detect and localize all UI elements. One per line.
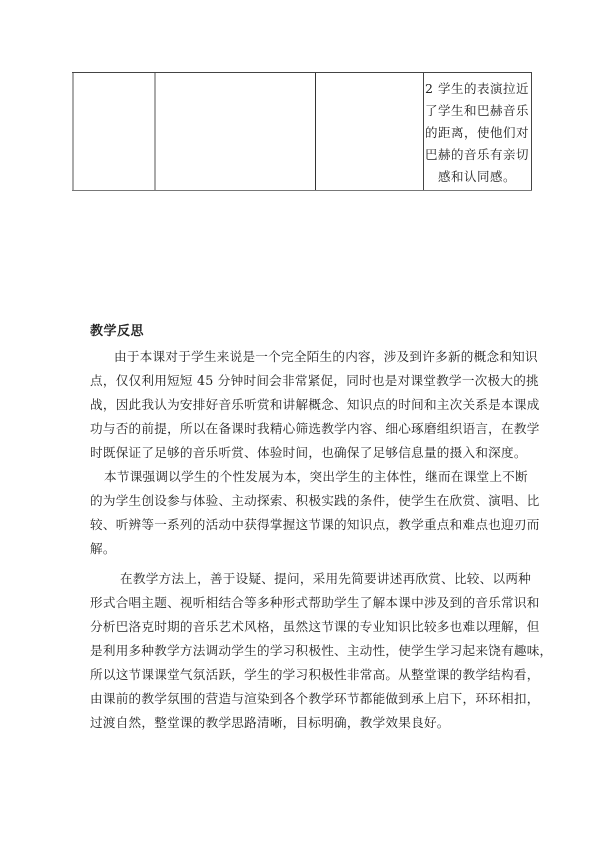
text-line: 战，因此我认为安排好音乐听赏和讲解概念、知识点的时间和主次关系是本课成: [90, 393, 514, 417]
text-line: 在教学方法上，善于设疑、提问，采用先简要讲述再欣赏、比较、以两种: [90, 567, 514, 591]
table-cell-1: [72, 73, 156, 190]
text-line: 形式合唱主题、视听相结合等多种形式帮助学生了解本课中涉及到的音乐常识和: [90, 591, 514, 615]
table-cell-2: [152, 73, 316, 190]
paragraph-1: 由于本课对于学生来说是一个完全陌生的内容，涉及到许多新的概念和知识 点，仅仅利用…: [90, 345, 514, 465]
table-cell-text: 2 学生的表演拉近 了学生和巴赫音乐 的距离，使他们对 巴赫的音乐有亲切 感和认…: [423, 78, 531, 188]
text-line: 由课前的教学氛围的营造与渲染到各个教学环节都能做到承上启下，环环相扣，: [90, 687, 514, 711]
cell-line: 巴赫的音乐有亲切: [423, 144, 531, 166]
text-line: 的为学生创设参与体验、主动探索、积极实践的条件，使学生在欣赏、演唱、比: [90, 489, 514, 513]
paragraph-3: 在教学方法上，善于设疑、提问，采用先简要讲述再欣赏、比较、以两种 形式合唱主题、…: [90, 567, 514, 735]
cell-line: 2 学生的表演拉近: [423, 78, 531, 100]
text-line: 点，仅仅利用短短 45 分钟时间会非常紧促，同时也是对课堂教学一次极大的挑: [90, 369, 514, 393]
reflection-body: 由于本课对于学生来说是一个完全陌生的内容，涉及到许多新的概念和知识 点，仅仅利用…: [90, 345, 514, 735]
cell-line: 了学生和巴赫音乐: [423, 100, 531, 122]
lesson-table: 2 学生的表演拉近 了学生和巴赫音乐 的距离，使他们对 巴赫的音乐有亲切 感和认…: [72, 72, 532, 191]
document-page: 2 学生的表演拉近 了学生和巴赫音乐 的距离，使他们对 巴赫的音乐有亲切 感和认…: [0, 0, 595, 842]
text-line: 本节课强调以学生的个性发展为本，突出学生的主体性，继而在课堂上不断: [90, 465, 514, 489]
text-line: 过渡自然，整堂课的教学思路清晰，目标明确，教学效果良好。: [90, 711, 514, 735]
table-cell-3: [315, 73, 424, 190]
text-line: 是利用多种教学方法调动学生的学习积极性、主动性，使学生学习起来饶有趣味，: [90, 639, 514, 663]
text-line: 功与否的前提，所以在备课时我精心筛选教学内容、细心琢磨组织语言，在教学: [90, 417, 514, 441]
cell-line: 的距离，使他们对: [423, 122, 531, 144]
paragraph-2: 本节课强调以学生的个性发展为本，突出学生的主体性，继而在课堂上不断 的为学生创设…: [90, 465, 514, 561]
text-line: 由于本课对于学生来说是一个完全陌生的内容，涉及到许多新的概念和知识: [90, 345, 514, 369]
text-line: 解。: [90, 537, 514, 561]
table-cell-4: 2 学生的表演拉近 了学生和巴赫音乐 的距离，使他们对 巴赫的音乐有亲切 感和认…: [423, 73, 532, 190]
text-line: 分析巴洛克时期的音乐艺术风格，虽然这节课的专业知识比较多也难以理解，但: [90, 615, 514, 639]
cell-line: 感和认同感。: [423, 166, 531, 188]
text-line: 较、听辨等一系列的活动中获得掌握这节课的知识点，教学重点和难点也迎刃而: [90, 513, 514, 537]
text-line: 所以这节课课堂气氛活跃，学生的学习积极性非常高。从整堂课的教学结构看，: [90, 663, 514, 687]
section-heading: 教学反思: [90, 320, 144, 339]
text-line: 时既保证了足够的音乐听赏、体验时间，也确保了足够信息量的摄入和深度。: [90, 441, 514, 465]
